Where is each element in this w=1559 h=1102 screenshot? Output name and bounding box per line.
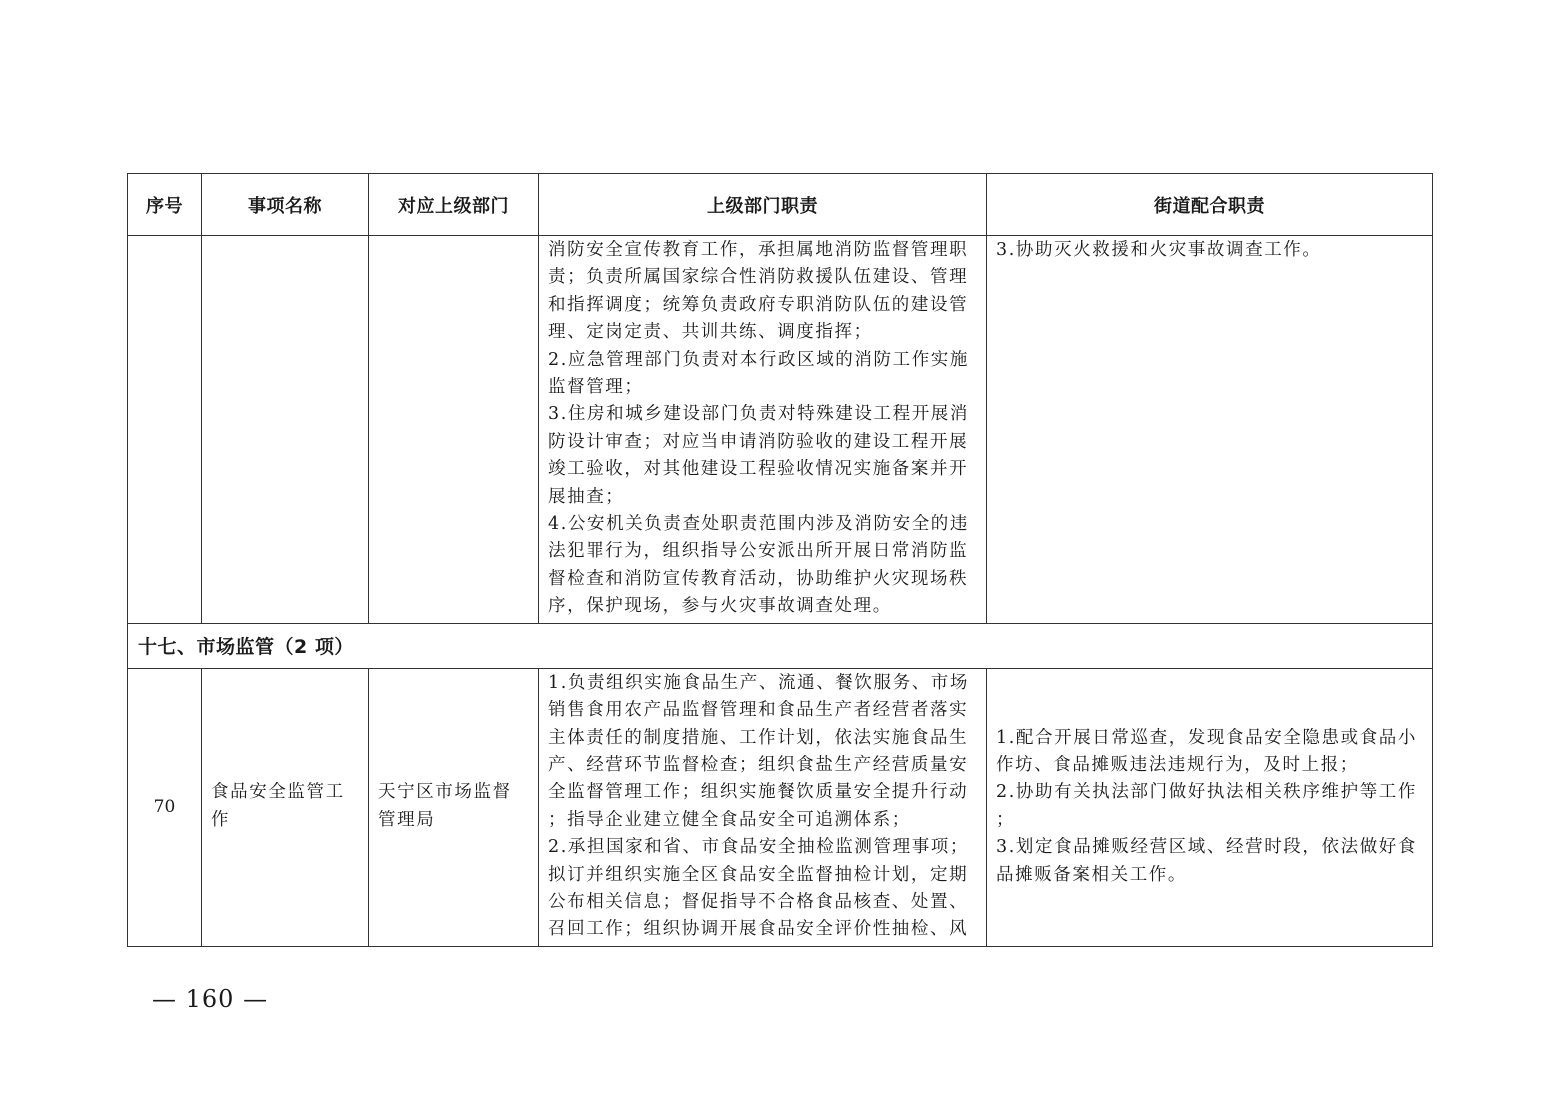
table-row-continued: 消防安全宣传教育工作，承担属地消防监督管理职责；负责所属国家综合性消防救援队伍建… [128,236,1433,624]
street-duties-text: 3.协助灭火救援和火灾事故调查工作。 [987,236,1432,266]
cell-superior-duties: 消防安全宣传教育工作，承担属地消防监督管理职责；负责所属国家综合性消防救援队伍建… [539,236,987,624]
duties-table: 序号 事项名称 对应上级部门 上级部门职责 街道配合职责 消防安全宣传教育工作，… [127,173,1433,947]
text-line: 2.应急管理部门负责对本行政区域的消防工作实施 [548,347,977,374]
text-line: 销售食用农产品监督管理和食品生产者经营者落实 [548,697,977,724]
text-line: 公布相关信息；督促指导不合格食品核查、处置、 [548,889,977,916]
text-line: 和指挥调度；统筹负责政府专职消防队伍的建设管 [548,292,977,319]
cell-seq: 70 [128,668,202,946]
text-line: 全监督管理工作；组织实施餐饮质量安全提升行动 [548,779,977,806]
text-line: 拟订并组织实施全区食品安全监督抽检计划，定期 [548,862,977,889]
cell-superior-dept [369,236,539,624]
header-superior-duties: 上级部门职责 [539,174,987,236]
page-number: — 160 — [152,985,268,1013]
text-line: 理、定岗定责、共训共练、调度指挥； [548,319,977,346]
text-line: 天宁区市场监督 [378,779,529,806]
text-line: 消防安全宣传教育工作，承担属地消防监督管理职 [548,237,977,264]
text-line: 序，保护现场，参与火灾事故调查处理。 [548,593,977,620]
text-line: ； [996,807,1423,834]
section-row: 十七、市场监管（2 项） [128,623,1433,668]
cell-item-name [202,236,369,624]
text-line: 2.协助有关执法部门做好执法相关秩序维护等工作 [996,779,1423,806]
text-line: 督检查和消防宣传教育活动，协助维护火灾现场秩 [548,566,977,593]
header-street-duties: 街道配合职责 [987,174,1433,236]
header-item-name: 事项名称 [202,174,369,236]
cell-superior-duties: 1.负责组织实施食品生产、流通、餐饮服务、市场销售食用农产品监督管理和食品生产者… [539,668,987,946]
text-line: 监督管理； [548,374,977,401]
text-line: 法犯罪行为，组织指导公安派出所开展日常消防监 [548,538,977,565]
item-name-text: 食品安全监管工作 [202,778,368,836]
table-row-70: 70 食品安全监管工作 天宁区市场监督管理局 1.负责组织实施食品生产、流通、餐… [128,668,1433,946]
text-line: 责；负责所属国家综合性消防救援队伍建设、管理 [548,264,977,291]
header-seq: 序号 [128,174,202,236]
superior-duties-text: 1.负责组织实施食品生产、流通、餐饮服务、市场销售食用农产品监督管理和食品生产者… [539,669,986,946]
text-line: 1.配合开展日常巡查，发现食品安全隐患或食品小 [996,725,1423,752]
cell-seq [128,236,202,624]
superior-dept-text: 天宁区市场监督管理局 [369,778,538,836]
text-line: 展抽查； [548,484,977,511]
cell-superior-dept: 天宁区市场监督管理局 [369,668,539,946]
street-duties-text: 1.配合开展日常巡查，发现食品安全隐患或食品小作坊、食品摊贩违法违规行为，及时上… [987,724,1432,891]
text-line: 3.协助灭火救援和火灾事故调查工作。 [996,237,1423,264]
text-line: 品摊贩备案相关工作。 [996,862,1423,889]
header-row: 序号 事项名称 对应上级部门 上级部门职责 街道配合职责 [128,174,1433,236]
header-superior-dept: 对应上级部门 [369,174,539,236]
text-line: 3.住房和城乡建设部门负责对特殊建设工程开展消 [548,401,977,428]
text-line: 1.负责组织实施食品生产、流通、餐饮服务、市场 [548,670,977,697]
text-line: 防设计审查；对应当申请消防验收的建设工程开展 [548,429,977,456]
superior-duties-text: 消防安全宣传教育工作，承担属地消防监督管理职责；负责所属国家综合性消防救援队伍建… [539,236,986,623]
section-title: 十七、市场监管（2 项） [128,623,1433,668]
text-line: ；指导企业建立健全食品安全可追溯体系； [548,807,977,834]
text-line: 作 [211,807,359,834]
text-line: 召回工作；组织协调开展食品安全评价性抽检、风 [548,916,977,943]
text-line: 作坊、食品摊贩违法违规行为，及时上报； [996,752,1423,779]
text-line: 3.划定食品摊贩经营区域、经营时段，依法做好食 [996,834,1423,861]
text-line: 食品安全监管工 [211,779,359,806]
text-line: 主体责任的制度措施、工作计划，依法实施食品生 [548,725,977,752]
cell-item-name: 食品安全监管工作 [202,668,369,946]
text-line: 2.承担国家和省、市食品安全抽检监测管理事项； [548,834,977,861]
text-line: 4.公安机关负责查处职责范围内涉及消防安全的违 [548,511,977,538]
cell-street-duties: 3.协助灭火救援和火灾事故调查工作。 [987,236,1433,624]
cell-street-duties: 1.配合开展日常巡查，发现食品安全隐患或食品小作坊、食品摊贩违法违规行为，及时上… [987,668,1433,946]
text-line: 产、经营环节监督检查；组织食盐生产经营质量安 [548,752,977,779]
text-line: 竣工验收，对其他建设工程验收情况实施备案并开 [548,456,977,483]
text-line: 管理局 [378,807,529,834]
